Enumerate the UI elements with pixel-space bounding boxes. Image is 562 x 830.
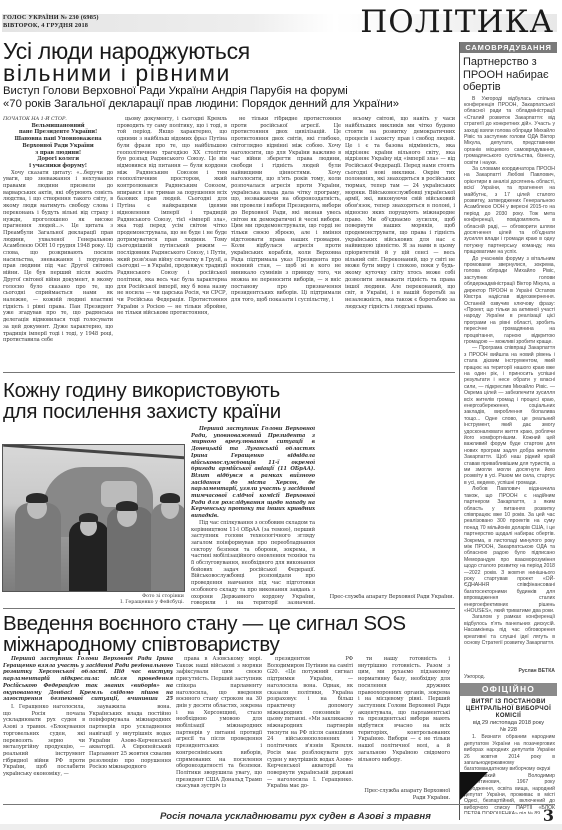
sidebar-paragraph: Любов Павлович відзначила також, що ПРОО… [464, 486, 555, 614]
article1-headline-line2: вільними і рівними [3, 62, 250, 84]
continued-tag: ПОЧАТОК НА 1-Й СТОР. [3, 116, 113, 123]
photo-caption-line2: І. Геращенко у Фейсбуці. [40, 600, 184, 606]
sidebar-paragraph: До учасників форуму з вітальним промовам… [464, 256, 555, 346]
article3-paragraph: права в Азовському морі. Також наші війс… [176, 656, 262, 790]
article3-paragraph: президентом РФ Володимиром Путіним на са… [267, 656, 353, 790]
sidebar-official-label: ОФІЦІЙНО [460, 683, 557, 696]
article1-subheadline: Виступ Голови Верховної Ради України Анд… [3, 85, 399, 111]
issue-info: ГОЛОС УКРАЇНИ № 230 (6985) ВІВТОРОК, 4 Г… [3, 14, 99, 30]
article3-column-2: зауважила вона. Українських влада постій… [89, 704, 171, 800]
article2-body: Під час спілкування з особовим складом т… [191, 520, 315, 606]
article1-headline-line1: Усі люди народжуються [3, 40, 250, 62]
article3-signature-block: Прес-служба апарату Верховної Ради Украї… [358, 788, 450, 802]
greeting-line: Шановна пані Уповноважена [3, 136, 113, 143]
doc-paragraph: 1. Визнати обраним народним депутатом Ук… [464, 734, 555, 772]
article1-subhead-line2: «70 років Загальної декларації прав люди… [3, 98, 399, 111]
article3-headline-line2: міжнародному співтовариству [3, 634, 406, 655]
article3-lead: Перший заступник Голови Верховної Ради І… [3, 656, 173, 702]
greeting-line: Верховної Ради України [3, 143, 113, 150]
date-line: ВІВТОРОК, 4 ГРУДНЯ 2018 [3, 22, 99, 30]
section-title: ПОЛІТИКА [360, 6, 554, 38]
article1-headline: Усі люди народжуються вільними і рівними [3, 40, 250, 84]
sidebar-paragraph: Загалом у рамках конференції відбулось п… [464, 614, 555, 646]
sidebar-paragraph: — Програма співпраці Закарпаття з ПРООН … [464, 345, 555, 486]
article2-headline: Кожну годину використовують для посиленн… [3, 380, 281, 422]
article1-subhead-line1: Виступ Голови Верховної Ради України Анд… [3, 85, 399, 98]
article2-photo [2, 444, 185, 592]
greeting-line: з прав людини! [3, 150, 113, 157]
article2-headline-line1: Кожну годину використовують [3, 380, 281, 401]
article2-column-1: Перший заступник Голови Верховної Ради, … [191, 426, 315, 606]
greeting-line: Дорогі колеги [3, 156, 113, 163]
article3-paragraph: зауважила вона. Українських влада постій… [89, 704, 171, 771]
article1-paragraph: не тільки гібридне протистояння проти ро… [231, 116, 341, 304]
sidebar-paragraph: За словами координатора ПРООН на Закарпа… [464, 166, 555, 256]
person-3-hat [116, 501, 138, 511]
article1-paragraph: Хочу сказати цитату: «...беручи до уваги… [3, 170, 113, 344]
article3-column-5: ти нашу готовність і внутрішню готовніст… [358, 656, 450, 786]
article1-column-1: ПОЧАТОК НА 1-Й СТОР. Вельмишановний пане… [3, 116, 113, 368]
person-2-hat [79, 513, 98, 522]
person-1-hat [26, 493, 48, 503]
article3-signature: Прес-служба апарату Верховної Ради Украї… [358, 788, 450, 801]
doc-title: ВИТЯГ ІЗ ПОСТАНОВИ ЦЕНТРАЛЬНОЇ ВИБОРЧОЇ … [460, 696, 557, 720]
divider [3, 608, 455, 609]
article1-paragraph: всьому світові, що навіть у часи найбіль… [345, 116, 455, 310]
sidebar-paragraph: В Ужгороді відбулась спільна конференція… [464, 96, 555, 166]
page-number: 3 [543, 806, 554, 825]
divider [3, 372, 455, 373]
helicopter-rotor [3, 444, 185, 459]
article3-column-4: президентом РФ Володимиром Путіним на са… [267, 656, 353, 800]
article2-signature: Прес-служба апарату Верховної Ради Украї… [322, 594, 454, 601]
greeting-line: і учасники форуму! [3, 163, 113, 170]
doc-date: від 29 листопада 2018 року [460, 720, 557, 727]
article3-headline-line1: Введення воєнного стану — це сигнал SOS [3, 613, 406, 634]
footer-teaser: Росія почала ускладнювати рух суден в Аз… [160, 811, 431, 822]
article3-paragraph: І. Геращенко наголосила, що Росія почала… [3, 704, 85, 778]
photo-caption: Фото зі сторінки І. Геращенко у Фейсбуці… [40, 594, 184, 606]
article2-lead: Перший заступник Голови Верховної Ради, … [191, 426, 315, 520]
article1-paragraph: цьому документу, і сьогодні Кремль прово… [117, 116, 227, 317]
article2-signature-block: Прес-служба апарату Верховної Ради Украї… [322, 594, 454, 608]
article2-column-2: Під час спілкування з особовим складом т… [322, 426, 454, 592]
person-4-hat [160, 493, 180, 503]
article3-headline: Введення воєнного стану — це сигнал SOS … [3, 613, 406, 655]
masthead: ГОЛОС УКРАЇНИ № 230 (6985) ВІВТОРОК, 4 Г… [0, 0, 562, 40]
article3-column-3: права в Азовському морі. Також наші війс… [176, 656, 262, 800]
article3-paragraph: ти нашу готовність і внутрішню готовніст… [358, 656, 450, 763]
article3-column-1: І. Геращенко наголосила, що Росія почала… [3, 704, 85, 800]
article1-column-3: не тільки гібридне протистояння проти ро… [231, 116, 341, 368]
article2-headline-line2: для посилення захисту країни [3, 401, 281, 422]
article1-column-4: всьому світові, що навіть у часи найбіль… [345, 116, 455, 368]
sidebar-body: В Ужгороді відбулась спільна конференція… [460, 96, 557, 668]
sidebar: САМОВРЯДУВАННЯ Партнерство з ПРООН набир… [459, 42, 557, 820]
article3-lead-block: Перший заступник Голови Верховної Ради І… [3, 656, 173, 702]
divider [3, 804, 555, 805]
corner-triangle [460, 772, 488, 800]
article1-column-2: цьому документу, і сьогодні Кремль прово… [117, 116, 227, 368]
sidebar-section-label: САМОВРЯДУВАННЯ [460, 42, 557, 53]
doc-number: № 228 [460, 727, 557, 734]
greeting-line: пане Президенте України! [3, 129, 113, 136]
bottom-band [0, 824, 562, 830]
sidebar-city: Ужгород. [464, 674, 555, 680]
sidebar-title: Партнерство з ПРООН набирає обертів [460, 53, 557, 96]
issue-line: ГОЛОС УКРАЇНИ № 230 (6985) [3, 14, 99, 22]
